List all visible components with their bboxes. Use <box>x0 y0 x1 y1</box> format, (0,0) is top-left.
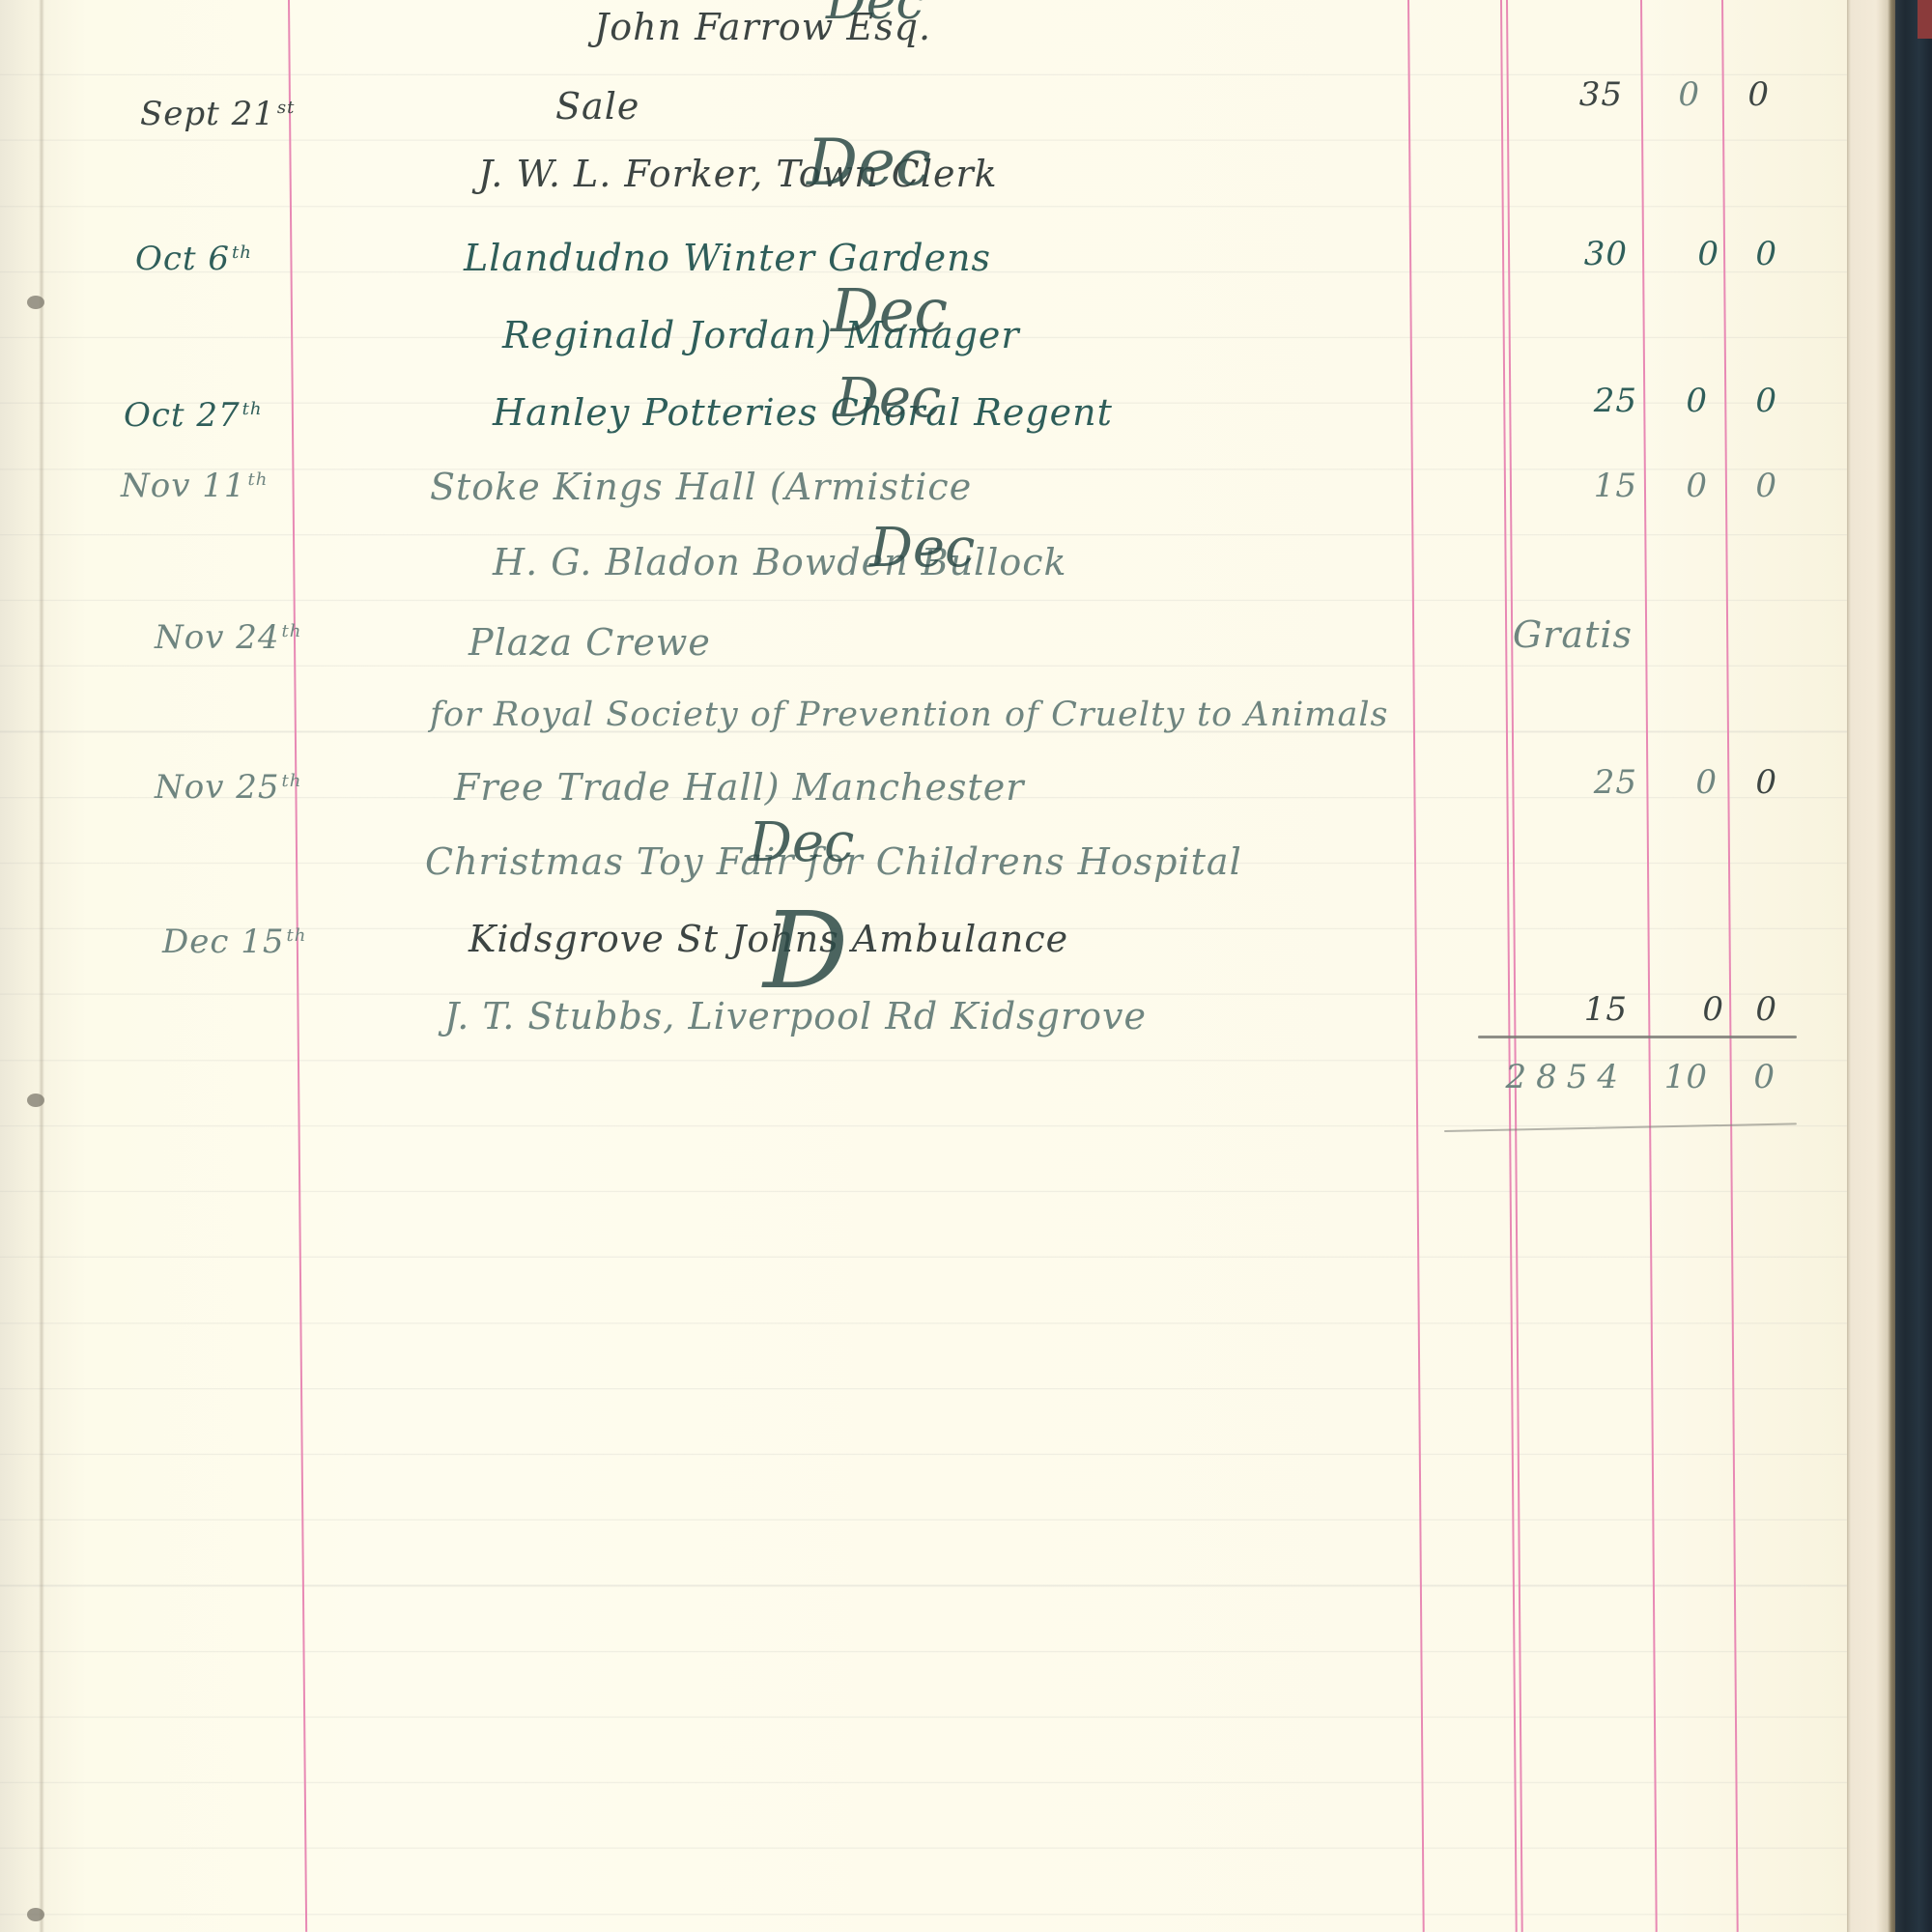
entry-pence: 0 <box>1739 382 1777 420</box>
entry-date: Nov 11th <box>121 467 268 505</box>
entry-description-line2: H. G. Bladon Bowden Bullock <box>493 541 1067 583</box>
entry-date: Dec 15th <box>162 923 306 961</box>
entry-date: Nov 25th <box>155 768 301 807</box>
overlay-mark: Dec <box>831 275 948 346</box>
entry-date: Nov 24th <box>155 618 301 657</box>
entry-pounds: 35 <box>1546 75 1623 114</box>
total-shillings: 10 <box>1660 1058 1708 1096</box>
entry-pence: 0 <box>1739 235 1777 273</box>
entry-pence: 0 <box>1739 990 1777 1029</box>
entry-note-gratis: Gratis <box>1459 613 1633 656</box>
entry-pounds: 15 <box>1560 467 1637 505</box>
entry-pounds: 25 <box>1560 382 1637 420</box>
overlay-mark-large: D <box>763 889 848 1012</box>
entry-shillings: 0 <box>1669 467 1708 505</box>
binding-stitch-icon <box>27 1908 44 1921</box>
binding-stitch-icon <box>27 1094 44 1107</box>
entry-date: Oct 27th <box>124 396 262 435</box>
entry-pence: 0 <box>1731 75 1770 114</box>
page-edge <box>1847 0 1895 1932</box>
total-pence: 0 <box>1737 1058 1776 1096</box>
overlay-mark: Dec <box>836 367 941 430</box>
spine-ribbon <box>1918 0 1932 39</box>
overlay-mark: Dec <box>749 811 854 874</box>
book-spine <box>1895 0 1932 1932</box>
entry-date: Oct 6th <box>135 240 252 278</box>
overlay-mark: Dec <box>826 0 924 31</box>
entry-date: Sept 21st <box>140 95 295 133</box>
entry-description: Plaza Crewe <box>469 621 711 664</box>
binding-stitch-icon <box>27 296 44 309</box>
entry-description: Llandudno Winter Gardens <box>464 237 991 279</box>
entry-pounds: 15 <box>1550 990 1628 1029</box>
entry-shillings: 0 <box>1662 75 1700 114</box>
total-underline <box>1478 1036 1797 1038</box>
binding-fold <box>39 0 44 1932</box>
entry-shillings: 0 <box>1669 382 1708 420</box>
entry-pounds: 30 <box>1550 235 1628 273</box>
entry-shillings: 0 <box>1679 763 1718 802</box>
entry-description-line2: for Royal Society of Prevention of Cruel… <box>430 696 1389 734</box>
entry-description: Hanley Potteries Choral Regent <box>493 391 1113 434</box>
overlay-mark: Dec <box>869 517 975 580</box>
entry-shillings: 0 <box>1681 235 1719 273</box>
entry-description: Sale <box>555 85 639 128</box>
entry-pence: 0 <box>1739 467 1777 505</box>
entry-pence: 0 <box>1739 763 1777 802</box>
total-pounds: 2854 <box>1468 1058 1628 1096</box>
entry-shillings: 0 <box>1686 990 1724 1029</box>
entry-pounds: 25 <box>1560 763 1637 802</box>
entry-description: Free Trade Hall) Manchester <box>454 766 1024 809</box>
entry-description: Stoke Kings Hall (Armistice <box>430 466 972 508</box>
overlay-mark: Dec <box>807 126 931 200</box>
